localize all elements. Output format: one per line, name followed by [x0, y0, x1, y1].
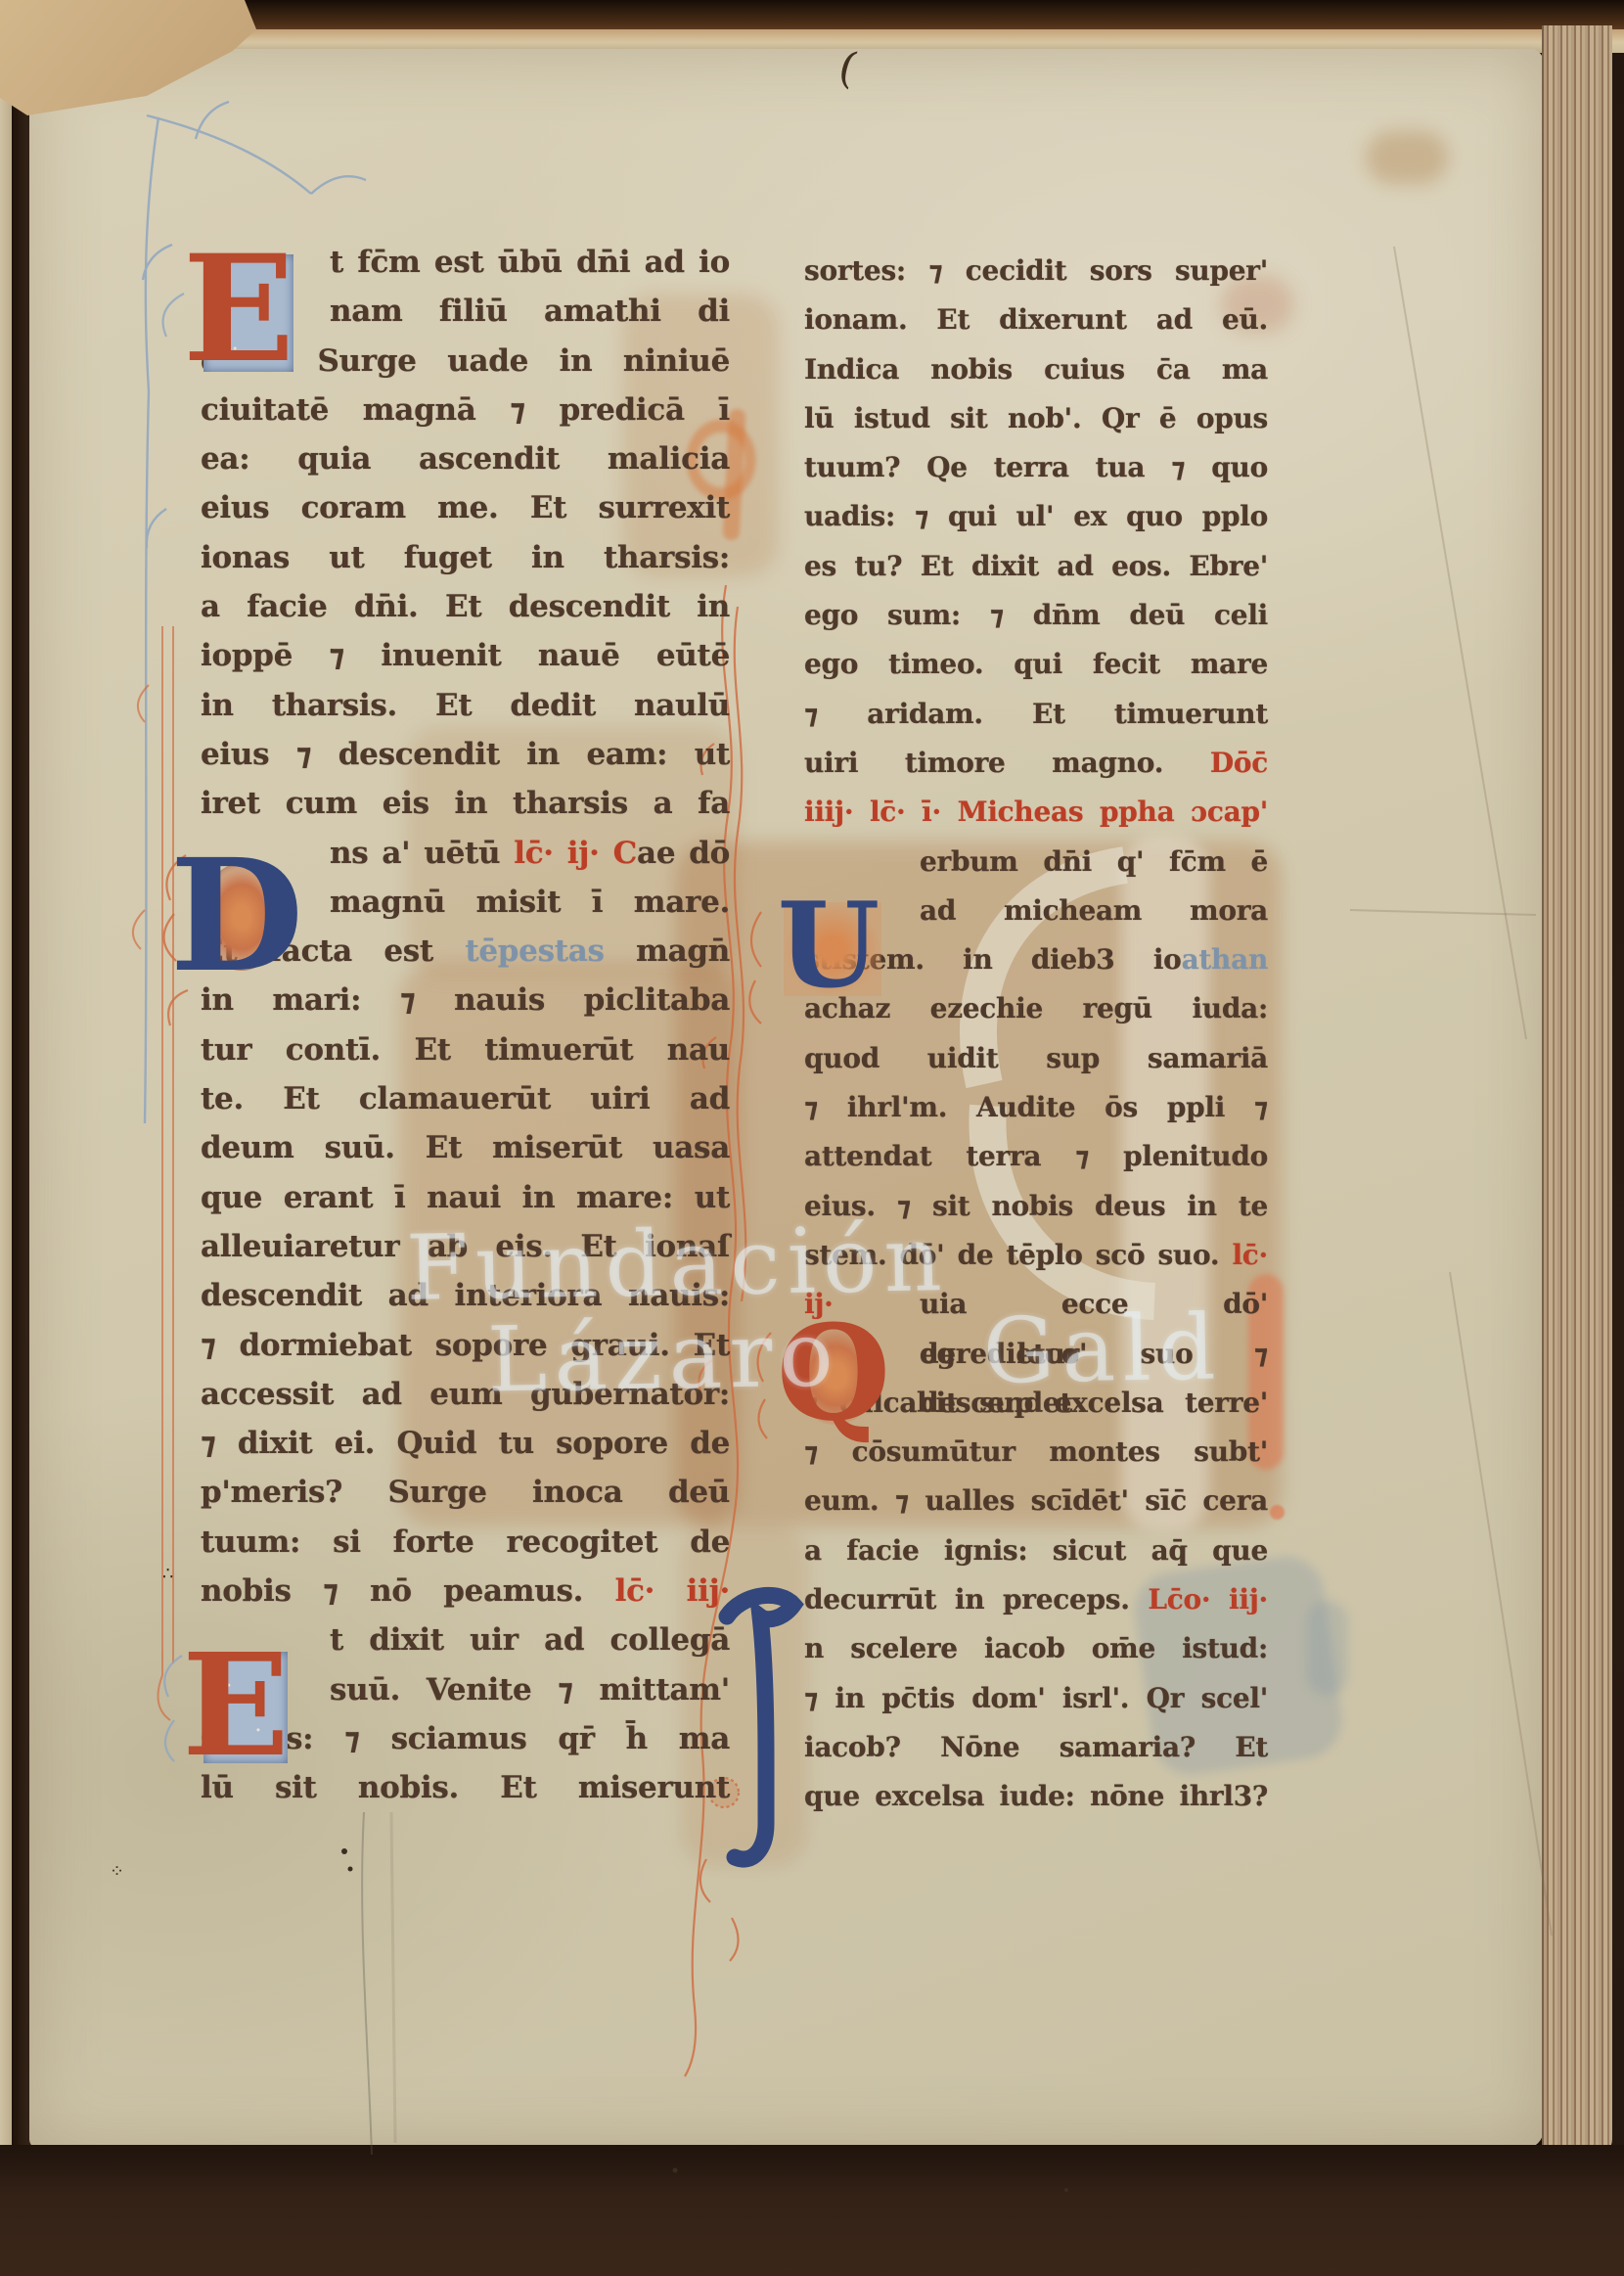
text-line: ⁊ dormiebat sopore graui. Et [201, 1321, 730, 1370]
text-run: p'meris? Surge inoca deū [201, 1475, 730, 1510]
text-run: suū. Venite ⁊ mittam' [330, 1672, 730, 1707]
initial-glyph: E [164, 245, 313, 374]
text-line: que excelsa iude: nōne ihrl3? [804, 1772, 1268, 1821]
initial-Q-red-quia: Q [773, 1313, 894, 1444]
text-line: ionas ut fuget in tharsis: [201, 533, 730, 582]
text-run: lc̄· ij· C [514, 836, 637, 871]
text-run: stem. dō' de tēplo scō suo. [804, 1239, 1232, 1271]
text-run: quod uidit sup samariā [804, 1042, 1268, 1074]
text-line: p'meris? Surge inoca deū [201, 1468, 730, 1517]
text-run: accessit ad eum gubernator: [201, 1377, 730, 1412]
text-run: tuum? Qe terra tua ⁊ quo [804, 451, 1268, 483]
text-run: tuum: si forte recogitet de [201, 1525, 730, 1560]
text-line: a facie dn̄i. Et descendit in [201, 582, 730, 631]
text-run: ns a' uētū [330, 836, 514, 871]
text-line: in tharsis. Et dedit naulū [201, 681, 730, 730]
text-run: t dixit uir ad collegā [330, 1622, 730, 1658]
text-run: magnū misit ī mare. [330, 885, 730, 920]
text-run: lc̄· iij· [615, 1573, 730, 1609]
text-run: nam filiū amathi di [330, 294, 730, 329]
text-run: in tharsis. Et dedit naulū [201, 688, 730, 723]
text-run: eius. ⁊ sit nobis deus in te [804, 1190, 1268, 1222]
text-run: descendit ad interiora nauis: [201, 1278, 730, 1313]
text-line: uiri timore magno. Dōc̄ [804, 739, 1268, 788]
initial-E-red-jonah: E [164, 245, 313, 384]
column-right: sortes: ⁊ cecidit sors super'ionam. Et d… [804, 247, 1268, 1822]
initial-glyph: Q [773, 1313, 894, 1433]
text-run: eius coram me. Et surrexit [201, 490, 730, 525]
text-run: ioppē ⁊ inuenit nauē eūtē [201, 638, 730, 673]
text-run: attendat terra ⁊ plenitudo [804, 1140, 1268, 1172]
text-run: eius ⁊ descendit in eam: ut [201, 737, 730, 772]
initial-glyph: E [166, 1642, 305, 1769]
text-run: magn̄ [605, 933, 730, 969]
text-line: ⁊ ihrl'm. Audite ōs ppli ⁊ [804, 1083, 1268, 1132]
text-run: iacob? Nōne samaria? Et [804, 1731, 1268, 1763]
text-line: eius. ⁊ sit nobis deus in te [804, 1182, 1268, 1231]
text-line: attendat terra ⁊ plenitudo [804, 1132, 1268, 1181]
text-line: deum suū. Et miserūt uasa [201, 1123, 730, 1172]
text-line: n scelere iacob om̄e istud: [804, 1624, 1268, 1673]
text-run: ⁊ dixit ei. Quid tu sopore de [201, 1426, 730, 1461]
text-run: Dōc̄ [1210, 747, 1268, 779]
initial-glyph: D [159, 847, 314, 986]
column-left: t fc̄m est ūbū dn̄i ad ionam filiū amath… [201, 238, 730, 1813]
text-line: accessit ad eum gubernator: [201, 1370, 730, 1419]
text-line: nobis ⁊ nō peamus. lc̄· iij· [201, 1567, 730, 1616]
text-line: descendit ad interiora nauis: [201, 1271, 730, 1320]
text-run: erbum dn̄i q' fc̄m ē [920, 845, 1268, 878]
text-line: stem. dō' de tēplo scō suo. lc̄· ij· [804, 1231, 1268, 1280]
text-run: n scelere iacob om̄e istud: [804, 1632, 1268, 1664]
text-run: que excelsa iude: nōne ihrl3? [804, 1780, 1268, 1812]
text-line: uadis: ⁊ qui ul' ex quo pplo [804, 492, 1268, 541]
initial-V-blue-verbum: U [768, 896, 889, 1002]
text-run: a facie ignis: sicut aq̄ que [804, 1534, 1268, 1567]
text-line: iret cum eis in tharsis a fa [201, 779, 730, 828]
text-run: Indica nobis cuius c̄a ma [804, 353, 1268, 386]
text-run: deum suū. Et miserūt uasa [201, 1130, 730, 1165]
text-run: te. Et clamauerūt uiri ad [201, 1081, 730, 1116]
text-line: eum. ⁊ ualles scīdēt' sīc̄ cera [804, 1477, 1268, 1525]
fore-edge-page-stack [1542, 25, 1612, 2157]
text-run: iiij· lc̄· ī· Micheas ppha ɔcap' [804, 796, 1268, 828]
text-run: iret cum eis in tharsis a fa [201, 786, 730, 821]
text-run: ad micheam mora [920, 894, 1268, 927]
text-run: alleuiaretur ab eis. Et ionaſ [201, 1229, 730, 1264]
text-line: alleuiaretur ab eis. Et ionaſ [201, 1222, 730, 1271]
text-line: es tu? Et dixit ad eos. Ebre' [804, 542, 1268, 591]
text-line: Indica nobis cuius c̄a ma [804, 345, 1268, 394]
text-line: sortes: ⁊ cecidit sors super' [804, 247, 1268, 296]
text-run: es tu? Et dixit ad eos. Ebre' [804, 550, 1268, 582]
text-run: sortes: ⁊ cecidit sors super' [804, 254, 1268, 287]
initial-E-red-et-dixit: E [166, 1642, 305, 1779]
text-line: tuum? Qe terra tua ⁊ quo [804, 443, 1268, 492]
text-run: ⁊ dormiebat sopore graui. Et [201, 1328, 730, 1363]
text-line: ⁊ dixit ei. Quid tu sopore de [201, 1419, 730, 1468]
text-run: nobis ⁊ nō peamus. [201, 1573, 615, 1609]
table-background-bottom [0, 2145, 1624, 2276]
text-line: que erant ī naui in mare: ut [201, 1173, 730, 1222]
text-line: tuum: si forte recogitet de [201, 1518, 730, 1567]
text-line: eius ⁊ descendit in eam: ut [201, 730, 730, 779]
text-run: eum. ⁊ ualles scīdēt' sīc̄ cera [804, 1484, 1268, 1517]
text-line: decurrūt in preceps. Lc̄o· iij· [804, 1575, 1268, 1624]
text-run: ⁊ ihrl'm. Audite ōs ppli ⁊ [804, 1091, 1268, 1123]
text-run: ⁊ in pc̄tis dom' isrl'. Qr scel' [804, 1682, 1268, 1714]
text-line: iacob? Nōne samaria? Et [804, 1723, 1268, 1772]
text-line: tur contī. Et timuerūt nau [201, 1025, 730, 1074]
text-run: ea: quia ascendit malicia [201, 441, 730, 477]
text-run: ego sum: ⁊ dn̄m deū celi [804, 599, 1268, 631]
text-line: quod uidit sup samariā [804, 1034, 1268, 1083]
text-run: ciuitatē magnā ⁊ predicā ī [201, 392, 730, 428]
text-line: ⁊ aridam. Et timuerunt [804, 690, 1268, 739]
text-run: athan [1182, 943, 1268, 976]
text-line: ea: quia ascendit malicia [201, 434, 730, 483]
initial-D-blue-dominus: D [159, 847, 314, 996]
text-run: ionam. Et dixerunt ad eū. [804, 303, 1268, 336]
text-run: t fc̄m est ūbū dn̄i ad io [330, 245, 730, 280]
initial-glyph: U [768, 896, 889, 996]
text-run: ego timeo. qui fecit mare [804, 648, 1268, 680]
text-line: ego timeo. qui fecit mare [804, 640, 1268, 689]
text-line: ionam. Et dixerunt ad eū. [804, 296, 1268, 344]
manuscript-photo: t fc̄m est ūbū dn̄i ad ionam filiū amath… [0, 0, 1624, 2276]
text-line: a facie ignis: sicut aq̄ que [804, 1526, 1268, 1575]
text-run: ⁊ aridam. Et timuerunt [804, 698, 1268, 730]
text-line: eius coram me. Et surrexit [201, 483, 730, 532]
text-run: uadis: ⁊ qui ul' ex quo pplo [804, 500, 1268, 532]
text-run: decurrūt in preceps. [804, 1583, 1148, 1616]
text-run: ionas ut fuget in tharsis: [201, 540, 730, 575]
text-run: lū istud sit nob'. Qr ē opus [804, 402, 1268, 434]
text-line: ego sum: ⁊ dn̄m deū celi [804, 591, 1268, 640]
text-run: que erant ī naui in mare: ut [201, 1180, 730, 1215]
text-line: te. Et clamauerūt uiri ad [201, 1074, 730, 1123]
margin-dot-cluster: ⁘ [110, 1861, 126, 1882]
text-run: uiri timore magno. [804, 747, 1210, 779]
text-line: ioppē ⁊ inuenit nauē eūtē [201, 631, 730, 680]
text-line: lū istud sit nob'. Qr ē opus [804, 394, 1268, 443]
text-run: Lc̄o· iij· [1148, 1583, 1268, 1616]
text-run: tur contī. Et timuerūt nau [201, 1032, 730, 1068]
margin-dot-cluster: ∴ [162, 1564, 175, 1584]
text-line: iiij· lc̄· ī· Micheas ppha ɔcap' [804, 788, 1268, 837]
text-run: tēpestas [465, 933, 604, 969]
text-line: ⁊ in pc̄tis dom' isrl'. Qr scel' [804, 1674, 1268, 1723]
text-run: a facie dn̄i. Et descendit in [201, 589, 730, 624]
text-run: ae dō [637, 836, 730, 871]
